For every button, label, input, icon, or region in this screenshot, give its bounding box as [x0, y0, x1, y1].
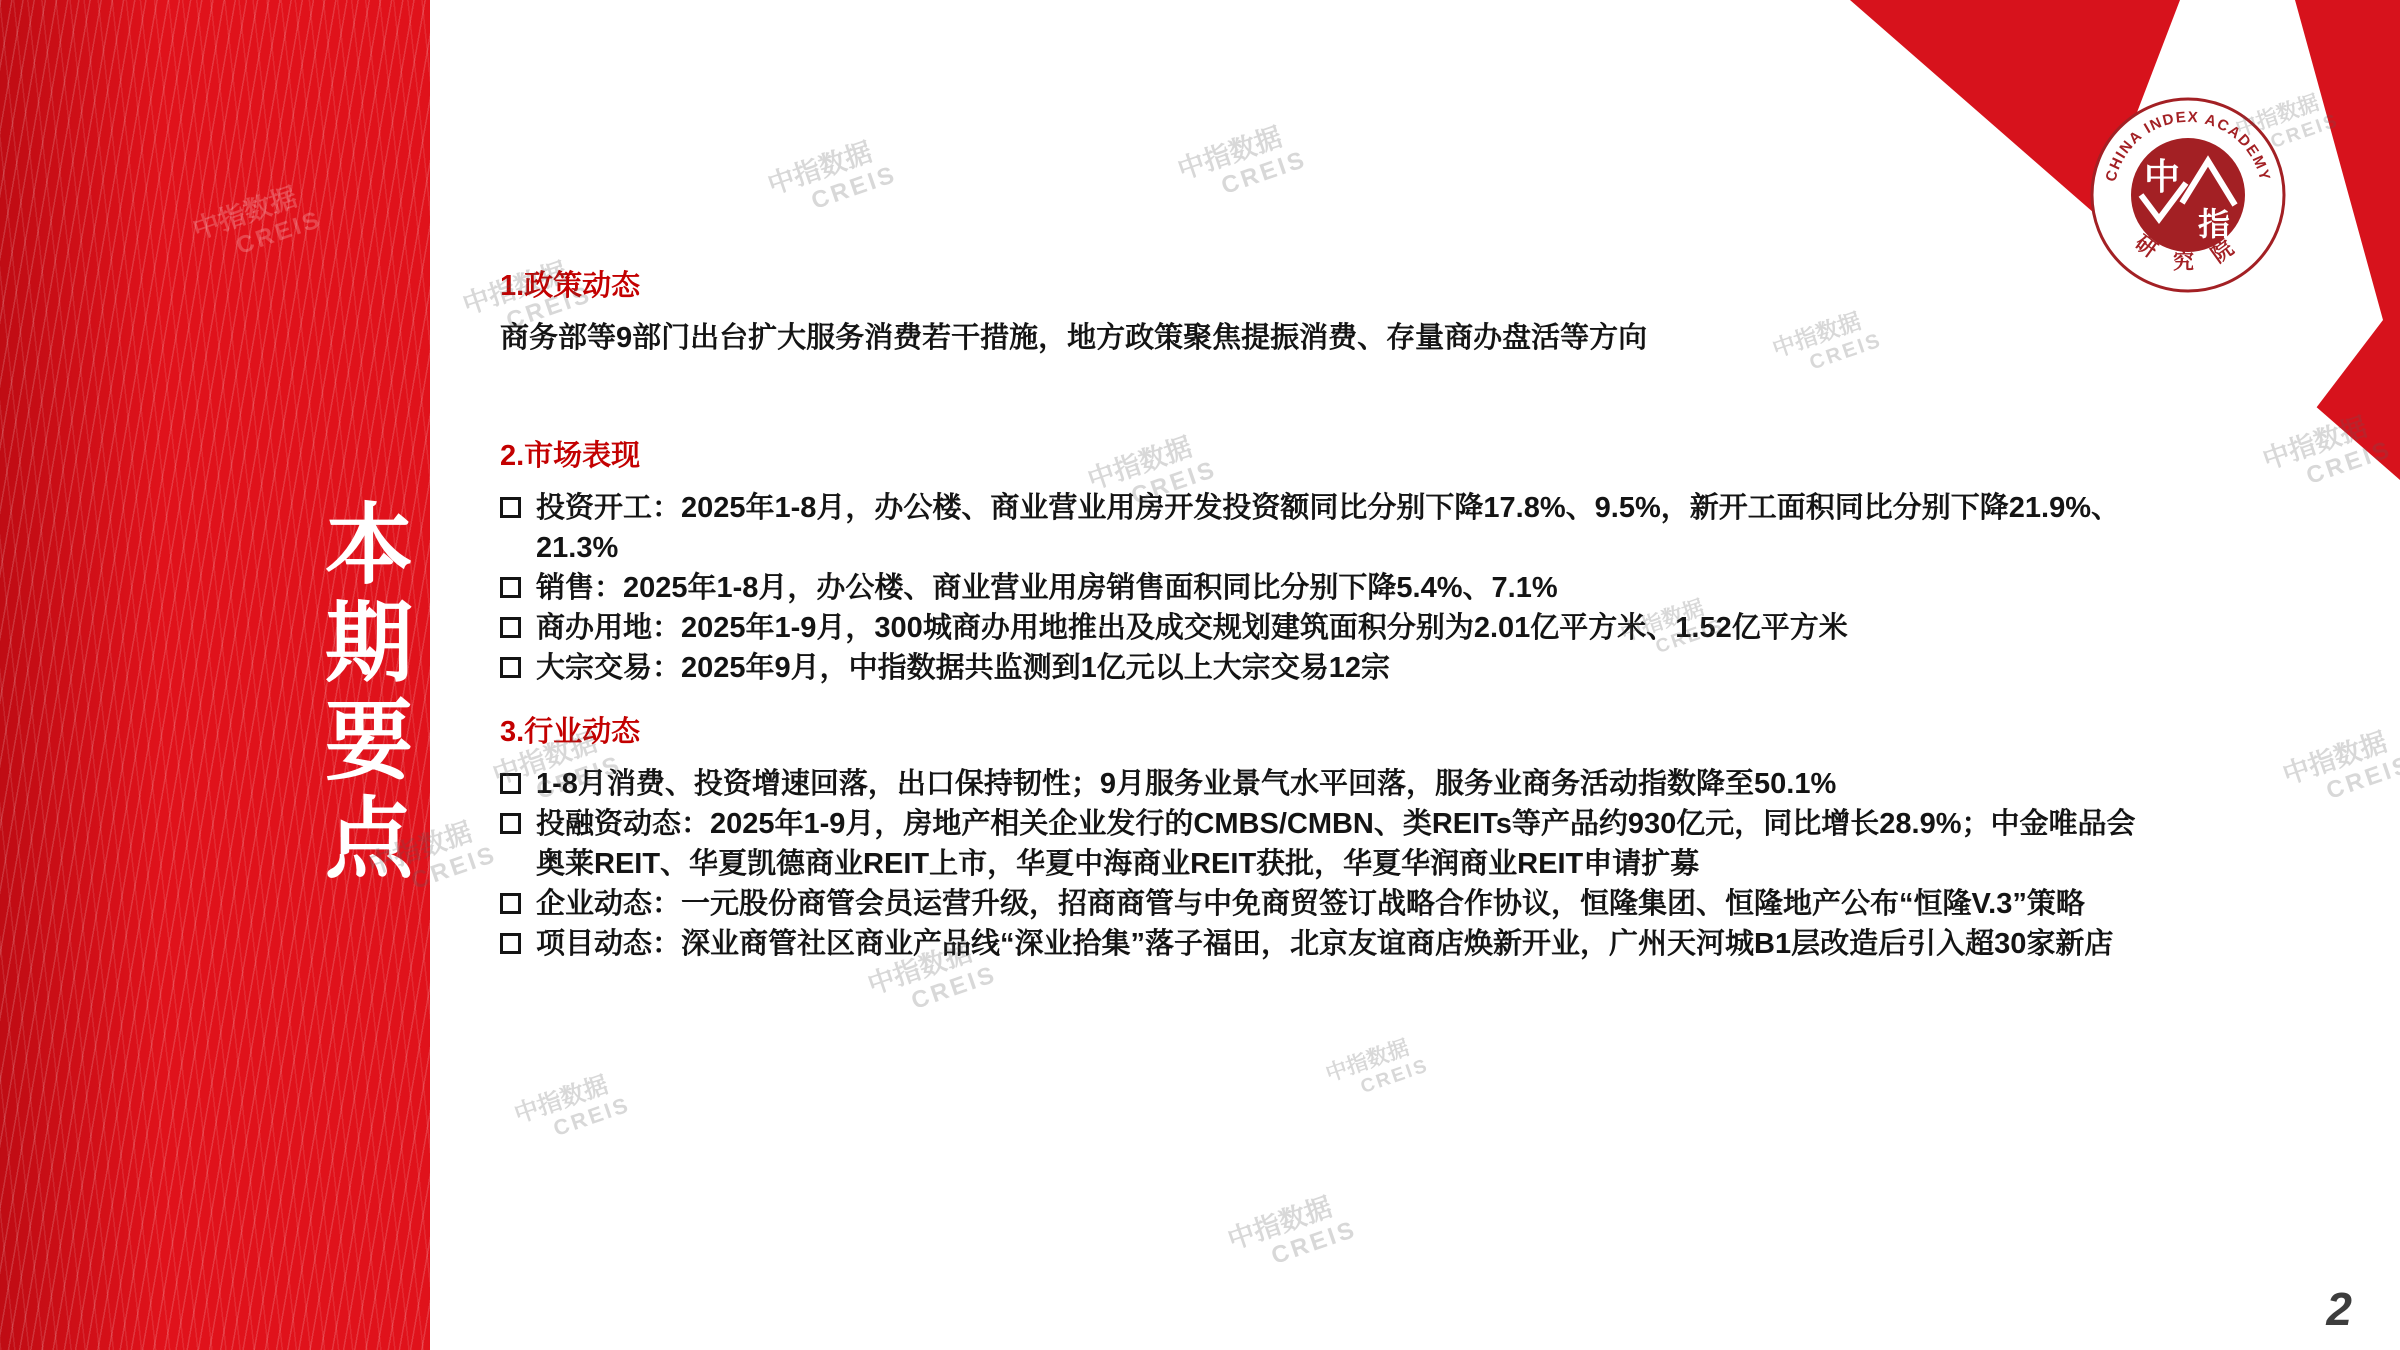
bullet-item: 项目动态：深业商管社区商业产品线“深业拾集”落子福田，北京友谊商店焕新开业，广州… — [500, 924, 2160, 964]
watermark-line1: 中指数据 — [2279, 721, 2400, 791]
section-heading: 2.市场表现 — [500, 436, 2160, 476]
slide: 本期要点 CHINA INDEX ACADEMY 研 究 院 中 指 1.政策动… — [0, 0, 2400, 1350]
creis-watermark: 中指数据CREIS — [1224, 1186, 1361, 1282]
creis-watermark: 中指数据CREIS — [1323, 1031, 1432, 1108]
seal-char-zhi: 指 — [2198, 206, 2230, 242]
academy-seal-logo: CHINA INDEX ACADEMY 研 究 院 中 指 — [2092, 99, 2284, 291]
creis-watermark: 中指数据CREIS — [2279, 721, 2400, 817]
bullet-item: 商办用地：2025年1-9月，300城商办用地推出及成交规划建筑面积分别为2.0… — [500, 608, 2160, 648]
bullet-text: 商办用地：2025年1-9月，300城商办用地推出及成交规划建筑面积分别为2.0… — [536, 608, 1848, 648]
bullet-text: 企业动态：一元股份商管会员运营升级，招商商管与中免商贸签订战略合作协议，恒隆集团… — [536, 884, 2085, 924]
square-bullet-icon — [500, 813, 521, 834]
section-3: 3.行业动态1-8月消费、投资增速回落，出口保持韧性；9月服务业景气水平回落，服… — [500, 712, 2160, 964]
bullet-text: 销售：2025年1-8月，办公楼、商业营业用房销售面积同比分别下降5.4%、7.… — [536, 568, 1558, 608]
key-points-content: 1.政策动态商务部等9部门出台扩大服务消费若干措施，地方政策聚焦提振消费、存量商… — [500, 266, 2160, 964]
bullet-item: 1-8月消费、投资增速回落，出口保持韧性；9月服务业景气水平回落，服务业商务活动… — [500, 764, 2160, 804]
red-sidebar: 本期要点 — [0, 0, 430, 1350]
section-heading: 1.政策动态 — [500, 266, 2160, 306]
watermark-line2: CREIS — [550, 1093, 633, 1142]
square-bullet-icon — [500, 617, 521, 638]
section-1: 1.政策动态商务部等9部门出台扩大服务消费若干措施，地方政策聚焦提振消费、存量商… — [500, 266, 2160, 358]
seal-char-zhong: 中 — [2144, 156, 2180, 197]
creis-watermark: 中指数据CREIS — [1174, 116, 1311, 212]
bullet-text: 投资开工：2025年1-8月，办公楼、商业营业用房开发投资额同比分别下降17.8… — [536, 488, 2160, 568]
slide-title-vertical: 本期要点 — [318, 498, 406, 890]
bullet-text: 1-8月消费、投资增速回落，出口保持韧性；9月服务业景气水平回落，服务业商务活动… — [536, 764, 1836, 804]
watermark-line1: 中指数据 — [1323, 1031, 1425, 1087]
section-paragraph: 商务部等9部门出台扩大服务消费若干措施，地方政策聚焦提振消费、存量商办盘活等方向 — [500, 318, 2160, 358]
section-heading: 3.行业动态 — [500, 712, 2160, 752]
page-number: 2 — [2326, 1282, 2352, 1336]
watermark-line2: CREIS — [1358, 1054, 1432, 1098]
watermark-line1: 中指数据 — [1174, 116, 1302, 186]
bullet-text: 投融资动态：2025年1-9月，房地产相关企业发行的CMBS/CMBN、类REI… — [536, 804, 2160, 884]
bullet-item: 大宗交易：2025年9月，中指数据共监测到1亿元以上大宗交易12宗 — [500, 648, 2160, 688]
square-bullet-icon — [500, 933, 521, 954]
watermark-line2: CREIS — [808, 161, 901, 216]
watermark-line2: CREIS — [2323, 751, 2400, 806]
watermark-line1: 中指数据 — [511, 1066, 626, 1129]
square-bullet-icon — [500, 657, 521, 678]
section-2: 2.市场表现投资开工：2025年1-8月，办公楼、商业营业用房开发投资额同比分别… — [500, 436, 2160, 688]
bullet-item: 企业动态：一元股份商管会员运营升级，招商商管与中免商贸签订战略合作协议，恒隆集团… — [500, 884, 2160, 924]
bullet-item: 销售：2025年1-8月，办公楼、商业营业用房销售面积同比分别下降5.4%、7.… — [500, 568, 2160, 608]
watermark-line2: CREIS — [908, 961, 1001, 1016]
bullet-item: 投融资动态：2025年1-9月，房地产相关企业发行的CMBS/CMBN、类REI… — [500, 804, 2160, 884]
square-bullet-icon — [500, 893, 521, 914]
bullet-text: 项目动态：深业商管社区商业产品线“深业拾集”落子福田，北京友谊商店焕新开业，广州… — [536, 924, 2113, 964]
watermark-line2: CREIS — [1268, 1216, 1361, 1271]
bullet-item: 投资开工：2025年1-8月，办公楼、商业营业用房开发投资额同比分别下降17.8… — [500, 488, 2160, 568]
square-bullet-icon — [500, 497, 521, 518]
watermark-line1: 中指数据 — [764, 131, 892, 201]
watermark-line2: CREIS — [1218, 146, 1311, 201]
creis-watermark: 中指数据CREIS — [511, 1066, 634, 1152]
bullet-text: 大宗交易：2025年9月，中指数据共监测到1亿元以上大宗交易12宗 — [536, 648, 1390, 688]
watermark-line1: 中指数据 — [1224, 1186, 1352, 1256]
square-bullet-icon — [500, 577, 521, 598]
creis-watermark: 中指数据CREIS — [764, 131, 901, 227]
square-bullet-icon — [500, 773, 521, 794]
